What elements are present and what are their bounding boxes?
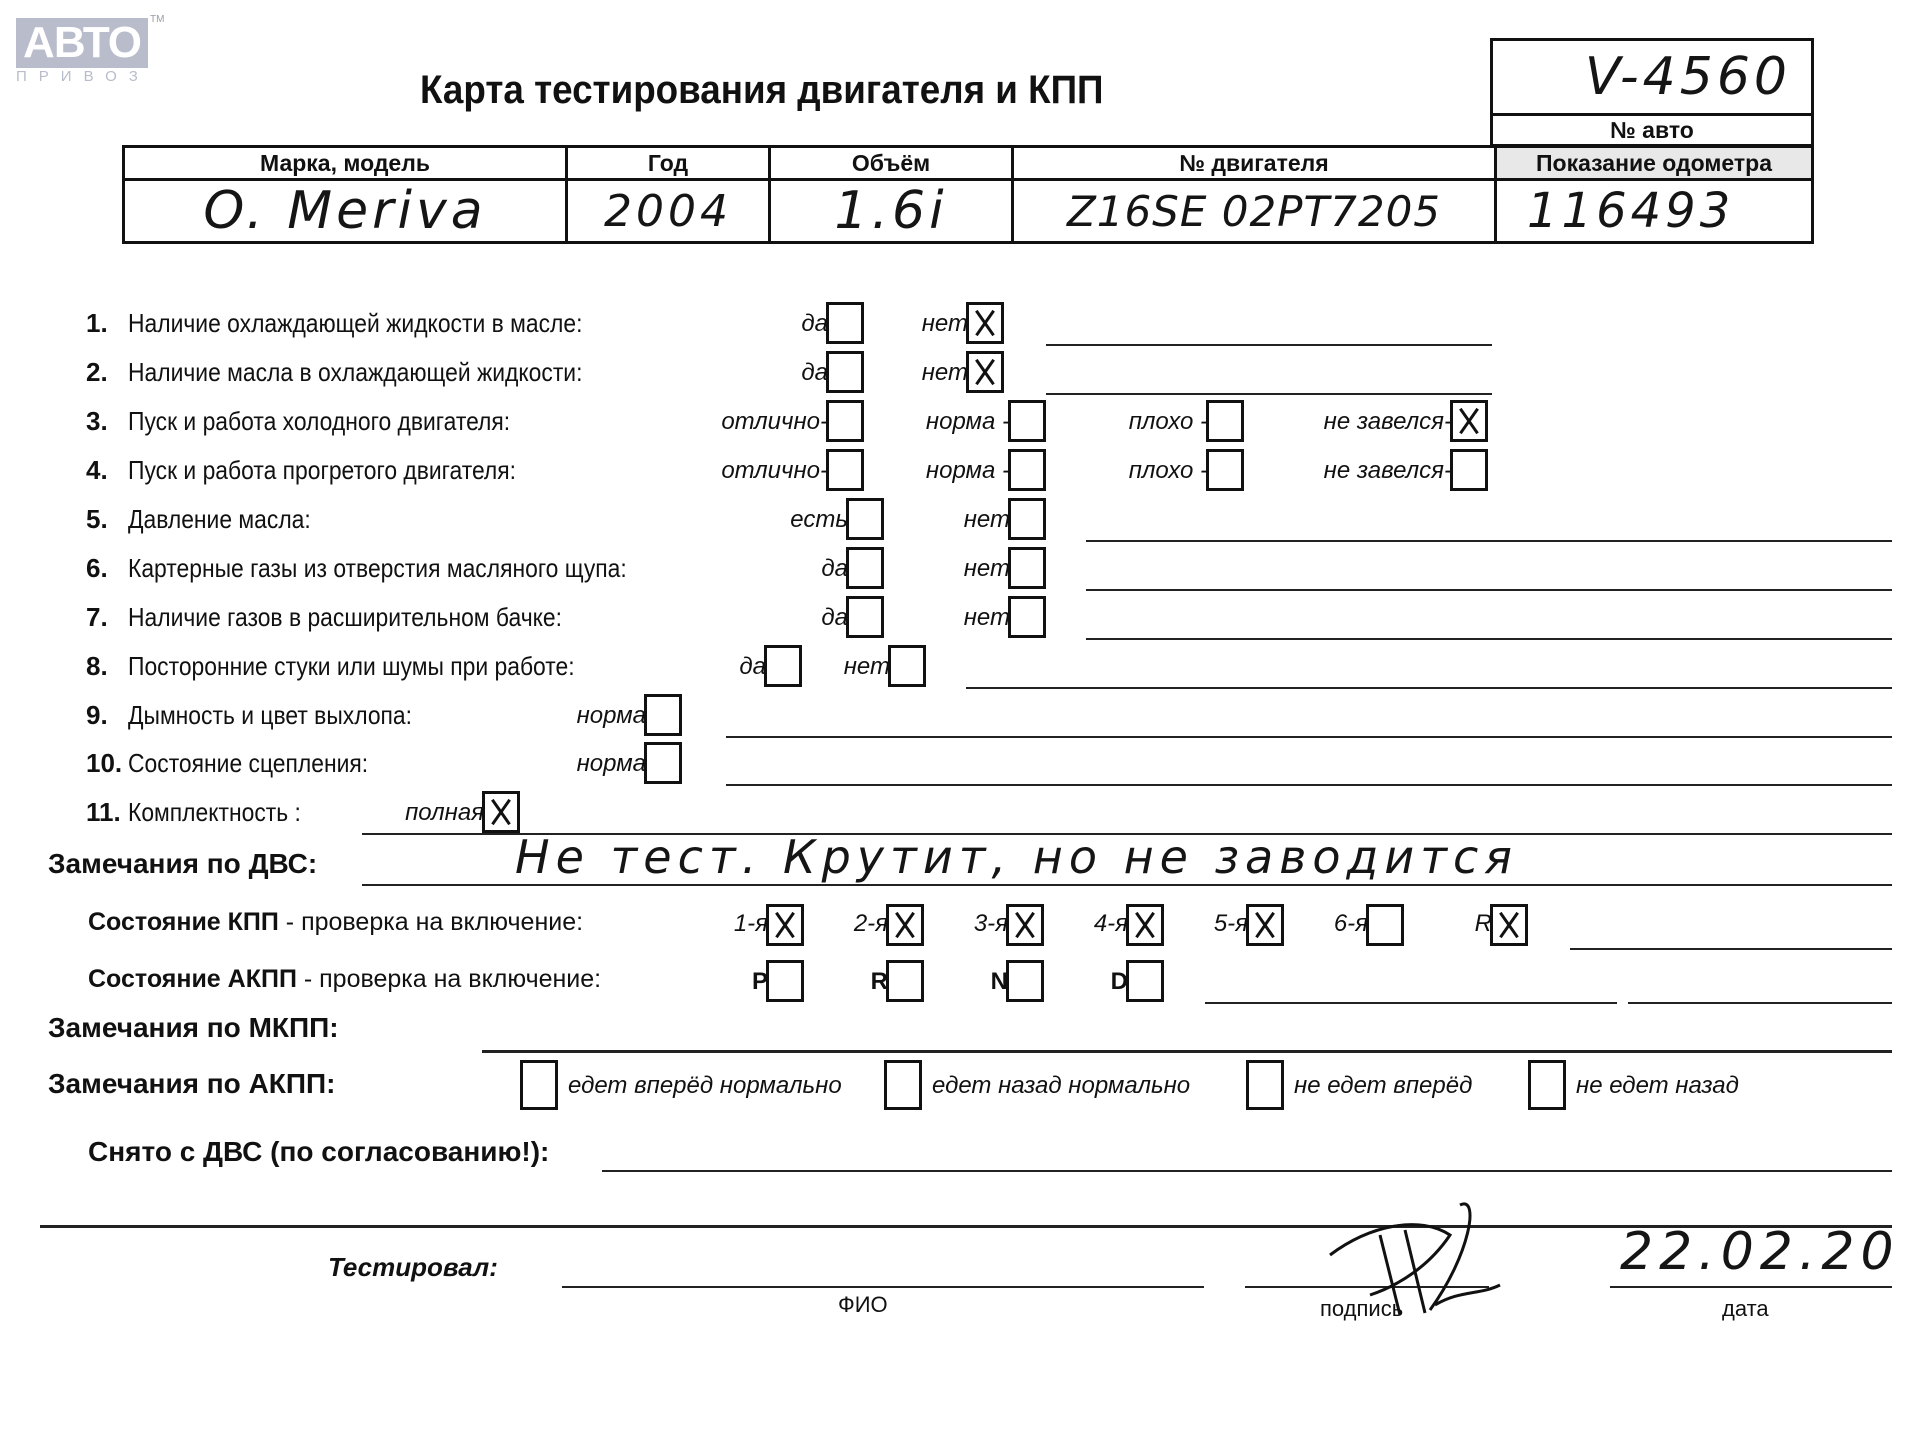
auto-remark-label: не едет вперёд [1294, 1072, 1472, 1100]
gear-label: 1-я [734, 910, 768, 938]
checklist-option-label: полная [405, 799, 484, 827]
checklist-option-label: не завелся- [1324, 457, 1452, 485]
gear-label: 5-я [1214, 910, 1248, 938]
checklist-item-label: Пуск и работа холодного двигателя: [128, 406, 510, 437]
checklist-item-number: 9. [86, 700, 108, 731]
checklist-item-number: 4. [86, 455, 108, 486]
checklist-item-label: Комплектность : [128, 797, 301, 828]
auto-remark-label: едет вперёд нормально [568, 1072, 842, 1100]
fio-label: ФИО [838, 1292, 888, 1318]
checkbox[interactable] [888, 645, 926, 687]
checklist-item-number: 5. [86, 504, 108, 535]
remarks-engine-value[interactable]: Не тест. Крутит, но не заводится [515, 830, 1518, 884]
checklist-notes-line[interactable] [726, 736, 1892, 738]
gear-checkbox[interactable] [886, 904, 924, 946]
company-logo: АВТО [16, 18, 148, 68]
checklist-option-label: есть [790, 506, 848, 534]
volume-value[interactable]: 1.6i [770, 180, 1013, 243]
checkbox[interactable] [846, 498, 884, 540]
checklist-notes-line[interactable] [1046, 393, 1492, 395]
remarks-manual-line[interactable] [482, 1050, 1892, 1053]
checkbox[interactable] [966, 351, 1004, 393]
checklist-option-label: норма - [926, 408, 1010, 436]
checkbox[interactable] [1450, 449, 1488, 491]
section-divider [40, 1225, 1892, 1228]
col-header-engine-number: № двигателя [1013, 147, 1496, 180]
auto-remark-checkbox[interactable] [1246, 1060, 1284, 1110]
checklist-option-label: норма - [926, 457, 1010, 485]
checklist-notes-line[interactable] [966, 687, 1892, 689]
remarks-auto-label: Замечания по АКПП: [48, 1068, 335, 1100]
checkbox[interactable] [644, 742, 682, 784]
auto-gearbox-label-bold: Состояние АКПП [88, 965, 297, 993]
year-value[interactable]: 2004 [567, 180, 770, 243]
checklist-option-label: не завелся- [1324, 408, 1452, 436]
checkbox[interactable] [1450, 400, 1488, 442]
checklist-item-number: 8. [86, 651, 108, 682]
auto-gearbox-line-2 [1628, 1002, 1892, 1004]
auto-gearbox-line-1 [1205, 1002, 1617, 1004]
checklist-item-label: Состояние сцепления: [128, 748, 368, 779]
gear-checkbox[interactable] [1490, 904, 1528, 946]
auto-position-checkbox[interactable] [1126, 960, 1164, 1002]
checklist-item-label: Посторонние стуки или шумы при работе: [128, 651, 575, 682]
checklist-notes-line[interactable] [1086, 638, 1892, 640]
checklist-item-number: 7. [86, 602, 108, 633]
vehicle-info-table: Марка, модель Год Объём № двигателя Пока… [122, 145, 1814, 244]
date-value[interactable]: 22.02.20 [1620, 1222, 1900, 1282]
auto-gearbox-label-rest: - проверка на включение: [297, 965, 601, 993]
tested-by-label: Тестировал: [328, 1252, 498, 1283]
checklist-option-label: отлично- [721, 457, 828, 485]
remarks-engine-line [362, 884, 1892, 886]
auto-position-checkbox[interactable] [886, 960, 924, 1002]
checklist-item-number: 10. [86, 748, 122, 779]
checklist-item-number: 6. [86, 553, 108, 584]
col-header-make-model: Марка, модель [124, 147, 567, 180]
checklist-notes-line[interactable] [1086, 589, 1892, 591]
checklist-item-label: Давление масла: [128, 504, 311, 535]
checkbox[interactable] [1008, 400, 1046, 442]
checkbox[interactable] [1008, 547, 1046, 589]
checklist-option-label: да [821, 555, 848, 583]
checklist-option-label: да [821, 604, 848, 632]
checklist-option-label: да [801, 359, 828, 387]
gear-label: 2-я [854, 910, 888, 938]
gear-label: 6-я [1334, 910, 1368, 938]
checklist-item-number: 3. [86, 406, 108, 437]
checkbox[interactable] [826, 351, 864, 393]
checkbox[interactable] [826, 400, 864, 442]
col-header-volume: Объём [770, 147, 1013, 180]
col-header-year: Год [567, 147, 770, 180]
checklist-item-label: Наличие масла в охлаждающей жидкости: [128, 357, 582, 388]
checklist-option-label: нет [964, 604, 1010, 632]
checklist-notes-line[interactable] [1086, 540, 1892, 542]
auto-position-checkbox[interactable] [766, 960, 804, 1002]
auto-remark-label: не едет назад [1576, 1072, 1739, 1100]
manual-gearbox-label: Состояние КПП - проверка на включение: [88, 908, 583, 937]
checkbox[interactable] [482, 791, 520, 833]
gear-checkbox[interactable] [1246, 904, 1284, 946]
checklist-item-label: Наличие газов в расширительном бачке: [128, 602, 562, 633]
checklist-option-label: нет [844, 653, 890, 681]
auto-gearbox-label: Состояние АКПП - проверка на включение: [88, 965, 601, 994]
checklist-notes-line[interactable] [726, 784, 1892, 786]
checkbox[interactable] [1206, 449, 1244, 491]
checklist-option-label: плохо - [1129, 408, 1208, 436]
checklist-item-number: 2. [86, 357, 108, 388]
car-number-label: № авто [1492, 115, 1813, 146]
car-number-value: V-4560 [1492, 40, 1813, 115]
remarks-engine-label: Замечания по ДВС: [48, 848, 317, 880]
checklist-option-label: нет [922, 359, 968, 387]
checkbox[interactable] [846, 596, 884, 638]
page-title: Карта тестирования двигателя и КПП [420, 68, 1103, 113]
manual-gearbox-label-bold: Состояние КПП [88, 908, 279, 936]
date-line[interactable] [1610, 1286, 1892, 1288]
col-header-odometer: Показание одометра [1496, 147, 1813, 180]
checkbox[interactable] [644, 694, 682, 736]
odometer-value[interactable]: 116493 [1496, 180, 1813, 243]
removed-from-engine-label: Снято с ДВС (по согласованию!): [88, 1136, 549, 1168]
gear-checkbox[interactable] [1126, 904, 1164, 946]
auto-remark-checkbox[interactable] [520, 1060, 558, 1110]
checklist-item-label: Картерные газы из отверстия масляного щу… [128, 553, 627, 584]
auto-position-checkbox[interactable] [1006, 960, 1044, 1002]
engine-number-value[interactable]: Z16SE 02PT7205 [1013, 180, 1496, 243]
checklist-option-label: норма [577, 702, 646, 730]
checkbox[interactable] [966, 302, 1004, 344]
gear-checkbox[interactable] [1006, 904, 1044, 946]
gear-label: 4-я [1094, 910, 1128, 938]
checklist-option-label: нет [964, 555, 1010, 583]
checkbox[interactable] [826, 302, 864, 344]
gear-label: 3-я [974, 910, 1008, 938]
fio-line[interactable] [562, 1286, 1204, 1288]
checklist-notes-line[interactable] [1046, 344, 1492, 346]
checklist-option-label: отлично- [721, 408, 828, 436]
remarks-manual-label: Замечания по МКПП: [48, 1012, 339, 1044]
manual-gearbox-line [1570, 948, 1892, 950]
auto-remark-checkbox[interactable] [1528, 1060, 1566, 1110]
checklist-item-number: 11. [86, 797, 121, 828]
checklist-item-number: 1. [86, 308, 108, 339]
checkbox[interactable] [1206, 400, 1244, 442]
removed-from-engine-line[interactable] [602, 1170, 1892, 1172]
gear-checkbox[interactable] [1366, 904, 1404, 946]
checkbox[interactable] [1008, 498, 1046, 540]
logo-trademark: TM [150, 14, 164, 25]
logo-subtitle: ПРИВОЗ [16, 68, 150, 85]
checklist-option-label: да [739, 653, 766, 681]
checkbox[interactable] [764, 645, 802, 687]
checklist-option-label: норма [577, 750, 646, 778]
make-model-value[interactable]: O. Meriva [124, 180, 567, 243]
checkbox[interactable] [1008, 596, 1046, 638]
checklist-item-label: Наличие охлаждающей жидкости в масле: [128, 308, 582, 339]
car-number-table: V-4560 № авто [1490, 38, 1814, 147]
manual-gearbox-label-rest: - проверка на включение: [279, 908, 583, 936]
checklist-option-label: нет [922, 310, 968, 338]
checklist-item-label: Дымность и цвет выхлопа: [128, 700, 412, 731]
checkbox[interactable] [846, 547, 884, 589]
date-label: дата [1722, 1296, 1769, 1322]
auto-remark-label: едет назад нормально [932, 1072, 1190, 1100]
auto-remark-checkbox[interactable] [884, 1060, 922, 1110]
checklist-item-label: Пуск и работа прогретого двигателя: [128, 455, 516, 486]
checkbox[interactable] [826, 449, 864, 491]
gear-checkbox[interactable] [766, 904, 804, 946]
checkbox[interactable] [1008, 449, 1046, 491]
checklist-option-label: да [801, 310, 828, 338]
checklist-option-label: нет [964, 506, 1010, 534]
checklist-option-label: плохо - [1129, 457, 1208, 485]
signature-label: подпись [1320, 1296, 1403, 1322]
